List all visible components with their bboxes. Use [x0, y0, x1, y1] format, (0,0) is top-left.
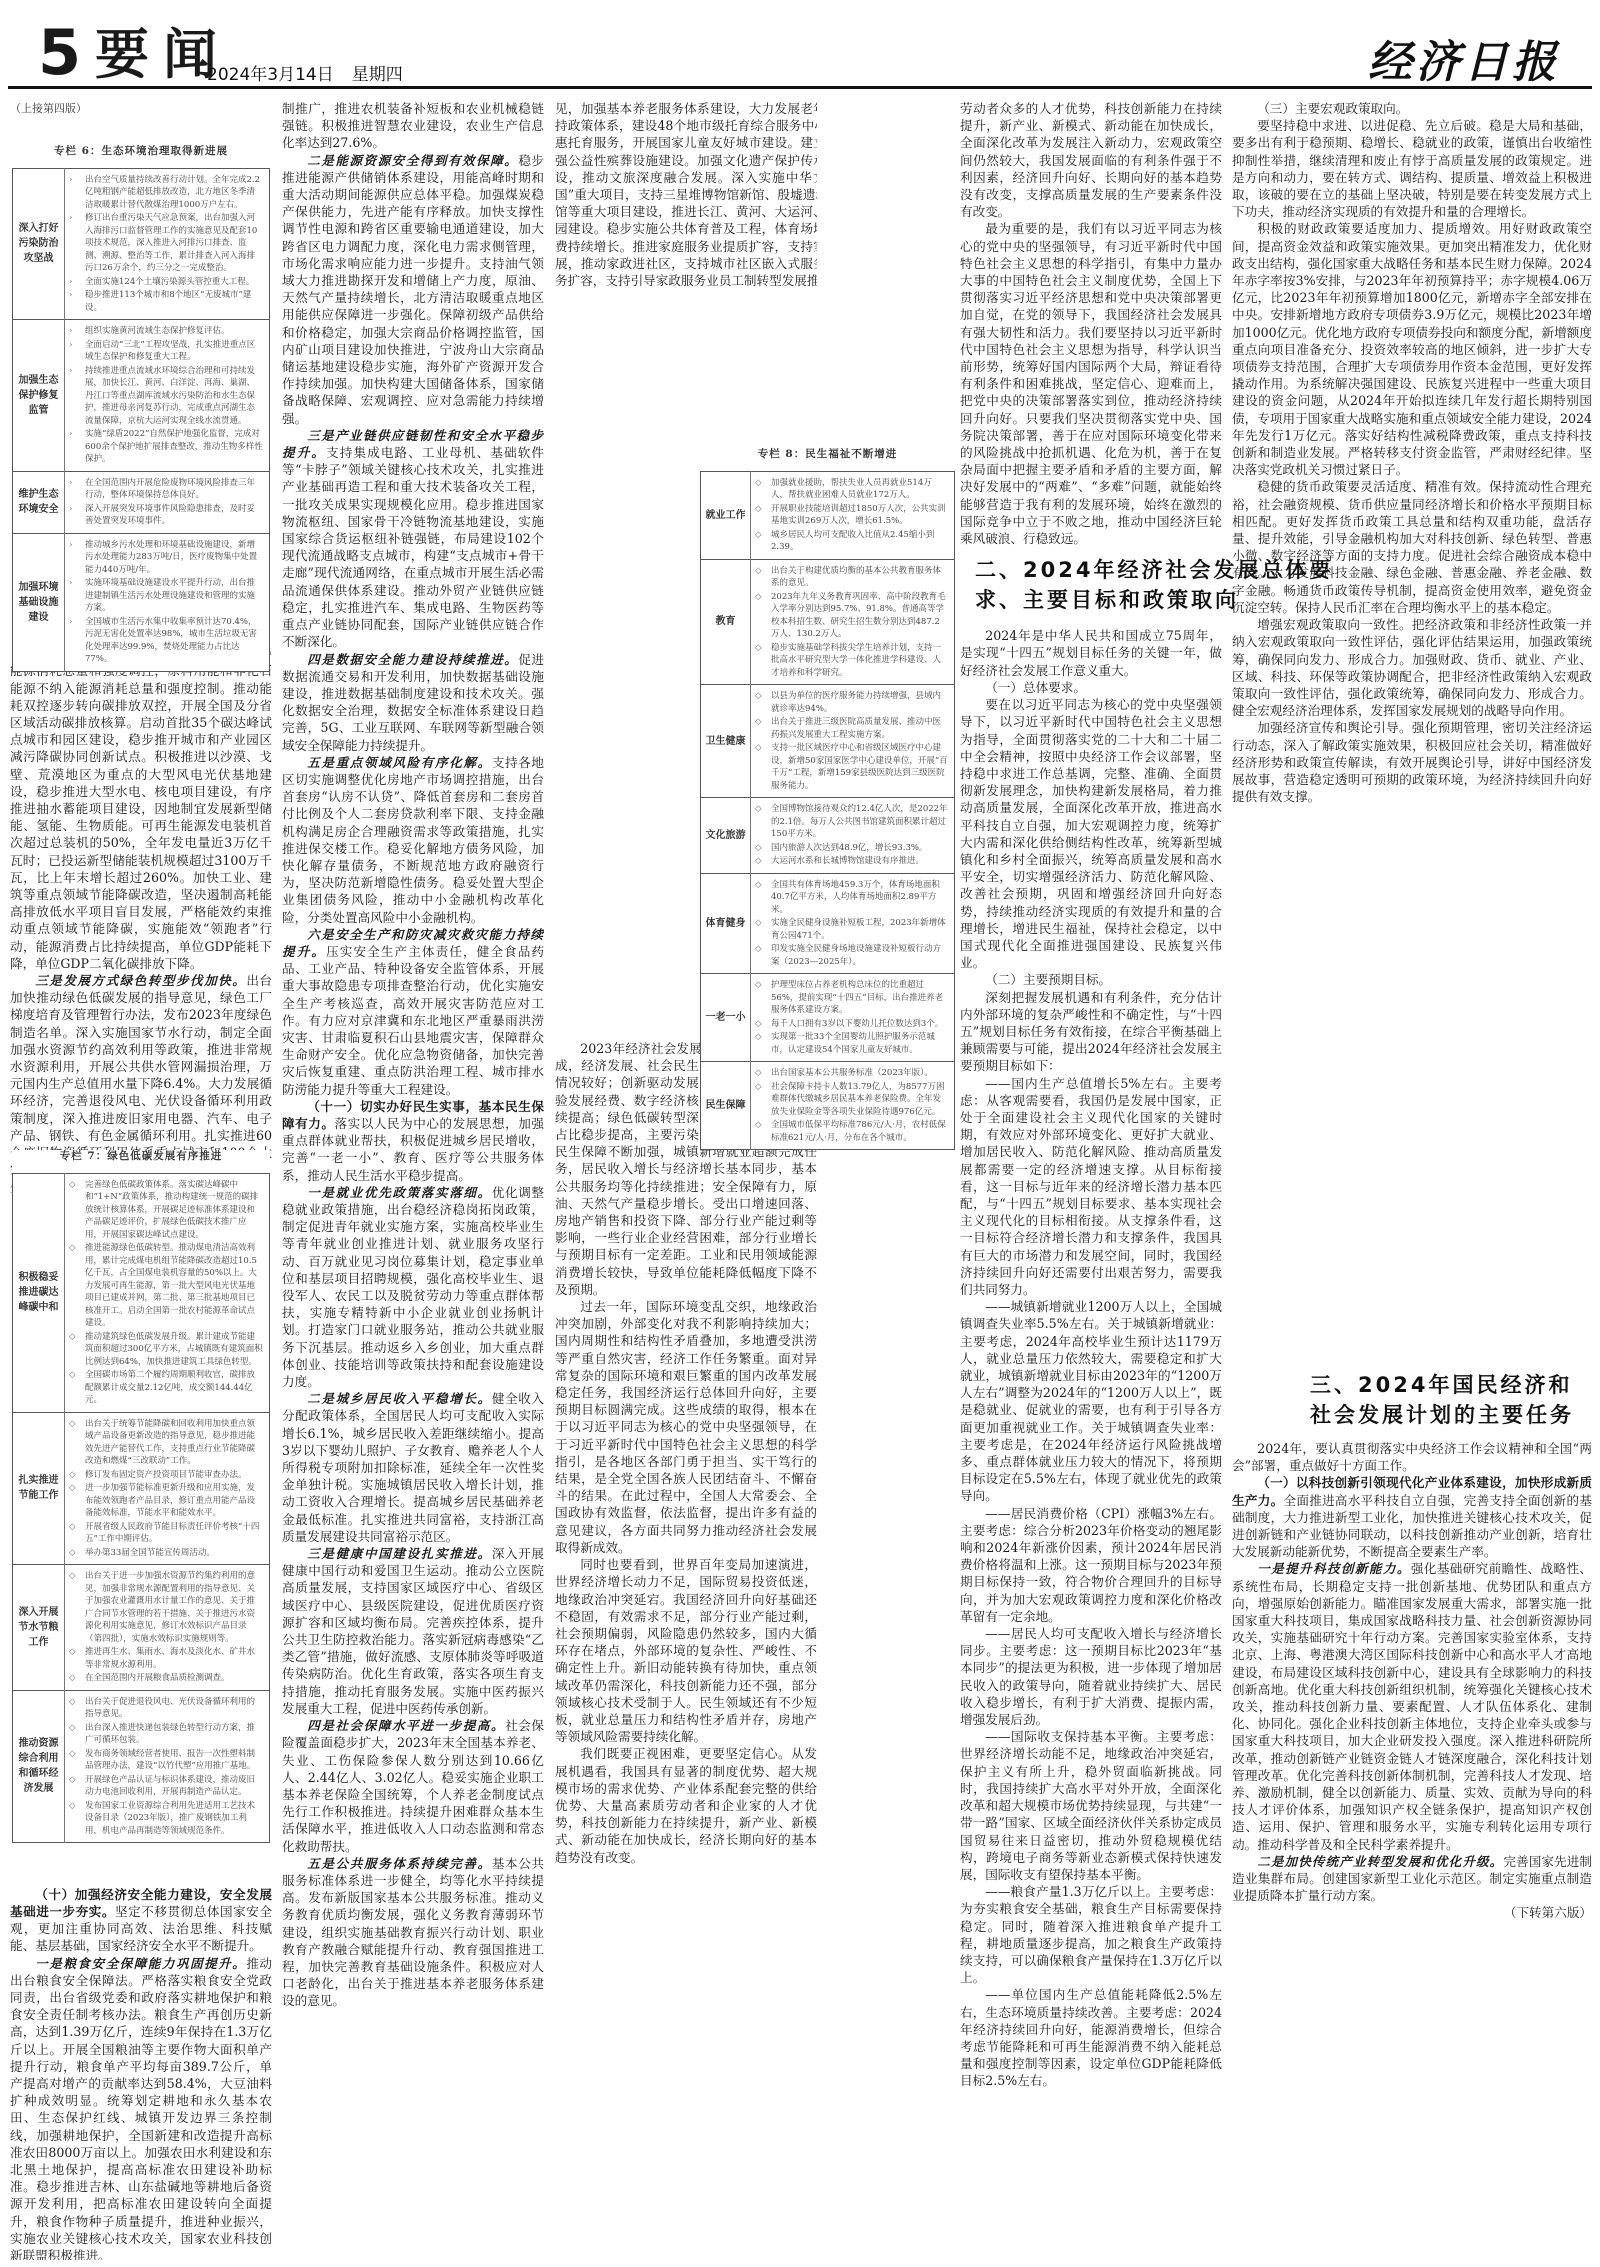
item-text: 组织实施黄河流域生态保护修复评估。	[85, 325, 230, 338]
list-item: ◇印发实施全民健身场地设施建设补短板行动方案（2023—2025年）。	[755, 943, 948, 968]
bullet-icon: ◇	[755, 917, 765, 942]
list-item: ◇大运河水系和长城博物馆建设有序推进。	[755, 855, 948, 868]
item-text: 加强就业援助，帮扶失业人员再就业514万人，帮扶就业困难人员就业172万人。	[771, 477, 948, 502]
bullet-icon: ◇	[755, 979, 765, 1017]
item-text: 全国博物馆接待观众约12.4亿人次，是2022年的2.1倍。每万人公共图书馆建筑…	[771, 803, 948, 841]
item-text: 发布国家工业资源综合利用先进适用工艺技术设备目录（2023年版），推广废钢铁加工…	[85, 1800, 263, 1838]
bullet-icon: ◇	[755, 1018, 765, 1031]
table-row: 教育 ◇出台关于构建优质均衡的基本公共教育服务体系的意见。 ◇2023年九年义务…	[701, 559, 955, 685]
header-divider	[8, 86, 1592, 89]
paragraph-lead: 四是数据安全能力建设持续推进。	[307, 652, 518, 667]
list-item: ◇推进再生水、集雨水、海水及淡化水、矿井水等非常规水源利用。	[69, 1646, 263, 1671]
item-text: 出台关于进一步加强水资源节约集约利用的意见，加强非常规水源配置利用的指导意见、关…	[85, 1570, 263, 1645]
item-text: 修订发布固定资产投资项目节能审查办法。	[85, 1469, 247, 1482]
row-items: ›推动城乡污水处理和环境基础设施建设，新增污水处理能力283万吨/日，医疗废物集…	[65, 533, 270, 671]
list-item: ◇稳步实施基础学科拔尖学生培养计划，支持一批高水平研究型大学一体化推进学科建设、…	[755, 642, 948, 680]
paragraph: 稳健的货币政策要灵活适度、精准有效。保持流动性合理充裕，社会融资规模、货币供应量…	[1232, 478, 1592, 616]
row-items: ◇护理型床位占养老机构总床位的比重超过56%，提前实现“十四五”目标，出台推进养…	[751, 974, 955, 1062]
row-category: 深入打好污染防治攻坚战	[13, 168, 65, 320]
subheading-targets: （二）主要预期目标。	[960, 971, 1222, 988]
paragraph-lead: 五是公共服务体系持续完善。	[307, 1856, 492, 1871]
paragraph: 要在以习近平同志为核心的党中央坚强领导下，以习近平新时代中国特色社会主义思想为指…	[960, 696, 1222, 971]
row-category: 民生保障	[701, 1062, 751, 1150]
row-category: 积极稳妥推进碳达峰碳中和	[13, 1173, 65, 1412]
paragraph: 二是碳达峰碳中和积极稳妥推进。完善能源消耗总量和强度调控，原料用能和非化石能源不…	[10, 645, 272, 972]
table-row: 一老一小 ◇护理型床位占养老机构总床位的比重超过56%，提前实现“十四五”目标，…	[701, 974, 955, 1062]
continued-from-note: （上接第四版）	[10, 100, 272, 117]
bullet-icon: ◇	[755, 1031, 765, 1056]
bullet-icon: ◇	[69, 1800, 79, 1838]
paragraph: 2024年，要认真贯彻落实中央经济工作会议精神和全国“两会”部署，重点做好十方面…	[1232, 1440, 1592, 1474]
item-text: 在全国范围内开展危险废物环境风险排查三年行动，整体环境保持总体良好。	[85, 477, 263, 502]
issue-date: 2024年3月14日星期四	[207, 60, 403, 85]
item-text: 以县为单位的医疗服务能力持续增强，县域内就诊率达94%。	[771, 690, 948, 715]
table-row: 扎实推进节能工作 ◇出台关于统筹节能降碳和回收利用加快重点领域产品设备更新改造的…	[13, 1412, 270, 1565]
item-text: 全国共有体育场地459.3万个，体育场地面积40.7亿平方米，人均体育场地面积2…	[771, 879, 948, 917]
row-category: 加强生态保护修复监管	[13, 320, 65, 472]
bullet-icon: ◇	[69, 1748, 79, 1773]
paragraph: 一是就业优先政策落实落细。优化调整稳就业政策措施，出台稳经济稳岗拓岗政策，制定促…	[282, 1184, 544, 1390]
bullet-icon: ◇	[755, 716, 765, 741]
row-items: ◇出台关于构建优质均衡的基本公共教育服务体系的意见。 ◇2023年九年义务教育巩…	[751, 559, 955, 685]
list-item: ◇支持一批区域医疗中心和省级区域医疗中心建设，新增50家国家医学中心建设单位，开…	[755, 742, 948, 792]
table-row: 卫生健康 ◇以县为单位的医疗服务能力持续增强，县域内就诊率达94%。 ◇出台关于…	[701, 685, 955, 798]
paragraph-lead: 一是粮食安全保障能力巩固提升。	[35, 1956, 246, 1971]
bullet-icon: ◇	[755, 529, 765, 554]
paragraph: 积极的财政政策要适度加力、提质增效。用好财政政策空间，提高资金效益和政策实施效果…	[1232, 220, 1592, 478]
list-item: ›全国城市生活污水集中收集率预计达70.4%，污泥无害化处置率达98%，城市生活…	[69, 616, 263, 666]
bullet-icon: ›	[69, 477, 79, 502]
row-items: ◇完善绿色低碳政策体系。落实碳达峰碳中和“1+N”政策体系，推动构建统一规范的碳…	[65, 1173, 270, 1412]
list-item: ◇推进能源绿色低碳转型。推动煤电清洁高效利用，累计完成煤电机组节能降碳改造超过1…	[69, 1242, 263, 1330]
list-item: ◇进一步加强节能标准更新升级和应用实施，发布能效领跑者产品目录，修订重点用能产品…	[69, 1482, 263, 1520]
table-row: 就业工作 ◇加强就业援助，帮扶失业人员再就业514万人，帮扶就业困难人员就业17…	[701, 471, 955, 559]
row-category: 推动资源综合利用和循环经济发展	[13, 1690, 65, 1843]
list-item: ◇以县为单位的医疗服务能力持续增强，县域内就诊率达94%。	[755, 690, 948, 715]
paragraph-body: 支持各地区切实施调整优化房地产市场调控措施，出台首套房“认房不认贷”、降低首套房…	[282, 755, 544, 925]
paragraph: （一）以科技创新引领现代化产业体系建设，加快形成新质生产力。全面推进高水平科技自…	[1232, 1474, 1592, 1560]
item-text: 护理型床位占养老机构总床位的比重超过56%，提前实现“十四五”目标，出台推进养老…	[771, 979, 948, 1017]
list-item: ◇实现第一批33个全国婴幼儿照护服务示范城市，认定建设54个国家儿童友好城市。	[755, 1031, 948, 1056]
paragraph: ——国际收支保持基本平衡。主要考虑：世界经济增长动能不足，地缘政治冲突延宕，保护…	[960, 1728, 1222, 1883]
bullet-icon: ›	[69, 212, 79, 275]
table-row: 推动资源综合利用和循环经济发展 ◇出台关于促进退役风电、光伏设备循环利用的指导意…	[13, 1690, 270, 1843]
table-row: 加强生态保护修复监管 ›组织实施黄河流域生态保护修复评估。 ›全面启动“三北”工…	[13, 320, 270, 472]
paragraph: 要坚持稳中求进、以进促稳、先立后破。稳是大局和基础，要多出有利于稳预期、稳增长、…	[1232, 117, 1592, 220]
item-text: 全面实施124个土壤污染源头管控重大工程。	[85, 276, 254, 289]
row-items: ◇全国共有体育场地459.3万个，体育场地面积40.7亿平方米，人均体育场地面积…	[751, 873, 955, 974]
item-text: 发布商务领域经营者使用、报告一次性塑料制品管理办法，建设“以竹代塑”应用推广基地…	[85, 1748, 263, 1773]
list-item: ›出台空气质量持续改善行动计划。全年完成2.2亿吨粗钢产能超低排放改造，北方地区…	[69, 174, 263, 212]
paragraph-lead: 五是重点领域风险有序化解。	[307, 755, 492, 770]
item-text: 开展绿色产品认证与标识体系建设，推动废旧动力电池回收利用，开展再制造产品认定。	[85, 1774, 263, 1799]
bullet-icon: ◇	[755, 879, 765, 917]
row-items: ◇出台国家基本公共服务标准（2023年版）。 ◇社会保障卡持卡人数13.79亿人…	[751, 1062, 955, 1150]
box-title: 专栏 6：生态环境治理取得新进展	[12, 145, 270, 158]
column-4: 劳动者众多的人才优势，科技创新能力在持续提升，新产业、新模式、新动能在加快成长，…	[960, 100, 1222, 2260]
paragraph: 最为重要的是，我们有以习近平同志为核心的党中央的坚强领导，有习近平新时代中国特色…	[960, 220, 1222, 547]
table-row: 深入开展节水节粮工作 ◇出台关于进一步加强水资源节约集约利用的意见，加强非常规水…	[13, 1565, 270, 1691]
item-text: 出台关于统筹节能降碳和回收利用加快重点领域产品设备更新改造的指导意见，稳步推进能…	[85, 1418, 263, 1468]
sidebar-box-6: 专栏 6：生态环境治理取得新进展 深入打好污染防治攻坚战 ›出台空气质量持续改善…	[12, 145, 270, 672]
bullet-icon: ◇	[69, 1672, 79, 1685]
row-items: ◇加强就业援助，帮扶失业人员再就业514万人，帮扶就业困难人员就业172万人。 …	[751, 471, 955, 559]
paragraph-lead: 三是健康中国建设扎实推进。	[307, 1546, 492, 1561]
list-item: ›稳步推进113个城市和8个地区“无废城市”建设。	[69, 289, 263, 314]
row-category: 扎实推进节能工作	[13, 1412, 65, 1565]
item-text: 出台关于促进退役风电、光伏设备循环利用的指导意见。	[85, 1696, 263, 1721]
paragraph-body: 支持集成电路、工业母机、基础软件等“卡脖子”领域关键核心技术攻关，扎实推进产业基…	[282, 445, 544, 649]
bullet-icon: ◇	[755, 477, 765, 502]
paragraph: ——国内生产总值增长5%左右。主要考虑：从客观需要看，我国仍是发展中国家，正处于…	[960, 1075, 1222, 1299]
table-row: 民生保障 ◇出台国家基本公共服务标准（2023年版）。 ◇社会保障卡持卡人数13…	[701, 1062, 955, 1150]
paragraph-body: 强化基础研究前瞻性、战略性、系统性布局，长期稳定支持一批创新基地、优势团队和重点…	[1232, 1561, 1592, 1851]
item-text: 出台空气质量持续改善行动计划。全年完成2.2亿吨粗钢产能超低排放改造，北方地区冬…	[85, 174, 263, 212]
item-text: 全面启动“三北”工程攻坚战，扎实推进重点区域生态保护和修复重大工程。	[85, 339, 263, 364]
bullet-icon: ◇	[755, 642, 765, 680]
item-text: 支持一批区域医疗中心和省级区域医疗中心建设，新增50家国家医学中心建设单位，开展…	[771, 742, 948, 792]
item-text: 印发实施全民健身场地设施建设补短板行动方案（2023—2025年）。	[771, 943, 948, 968]
paragraph: 2024年是中华人民共和国成立75周年，是实现“十四五”规划目标任务的关键一年，…	[960, 627, 1222, 679]
bullet-icon: ◇	[69, 1418, 79, 1468]
item-text: 出台关于推进三级医院高质量发展、推动中医药振兴发展重大工程实施方案。	[771, 716, 948, 741]
bullet-icon: ◇	[755, 803, 765, 841]
row-category: 维护生态环境安全	[13, 471, 65, 533]
paragraph-body: 全面推进高水平科技自立自强，完善支持全面创新的基础制度，大力推进新型工业化，加快…	[1232, 1493, 1592, 1560]
bullet-icon: ◇	[755, 591, 765, 641]
item-text: 出台国家基本公共服务标准（2023年版）。	[771, 1067, 933, 1080]
table-row: 加强环境基础设施建设 ›推动城乡污水处理和环境基础设施建设，新增污水处理能力28…	[13, 533, 270, 671]
paragraph-body: 优化调整稳就业政策措施，出台稳经济稳岗拓岗政策，制定促进青年就业实施方案，实施高…	[282, 1185, 544, 1389]
bullet-icon: ◇	[69, 1242, 79, 1330]
item-text: 大运河水系和长城博物馆建设有序推进。	[771, 855, 924, 868]
bullet-icon: ◇	[755, 1081, 765, 1119]
bullet-icon: ◇	[755, 742, 765, 792]
list-item: ◇全国城市低保平均标准786元/人·月，农村低保标准621元/人·月，分布在各个…	[755, 1119, 948, 1144]
paragraph-lead: 一是提升科技创新能力。	[1257, 1561, 1411, 1576]
paragraph: 一是提升科技创新能力。强化基础研究前瞻性、战略性、系统性布局，长期稳定支持一批创…	[1232, 1560, 1592, 1852]
item-text: 推进再生水、集雨水、海水及淡化水、矿井水等非常规水源利用。	[85, 1646, 263, 1671]
list-item: ◇出台关于构建优质均衡的基本公共教育服务体系的意见。	[755, 565, 948, 590]
bullet-icon: ›	[69, 616, 79, 666]
item-text: 实施环境基础设施建设水平提升行动，出台推进建制镇生活污水处理设施建设和管理的实施…	[85, 577, 263, 615]
section-heading-3: 三、2024年国民经济和社会发展计划的主要任务	[1310, 1370, 1592, 1430]
list-item: ◇出台国家基本公共服务标准（2023年版）。	[755, 1067, 948, 1080]
list-item: ›实施环境基础设施建设水平提升行动，出台推进建制镇生活污水处理设施建设和管理的实…	[69, 577, 263, 615]
newspaper-logo: 经济日报	[1368, 26, 1560, 90]
list-item: ›修订出台重污染天气应急预案，出台加强入河入海排污口监督管理工作的实施意见及配套…	[69, 212, 263, 275]
box-table: 就业工作 ◇加强就业援助，帮扶失业人员再就业514万人，帮扶就业困难人员就业17…	[700, 471, 955, 1151]
subheading-overall: （一）总体要求。	[960, 679, 1222, 696]
list-item: ›推动城乡污水处理和环境基础设施建设，新增污水处理能力283万吨/日，医疗废物集…	[69, 539, 263, 577]
column-2: 制推广，推进农机装备补短板和农业机械稳链强链。积极推进智慧农业建设，农业生产信息…	[282, 100, 544, 2260]
paragraph: 五是重点领域风险有序化解。支持各地区切实施调整优化房地产市场调控措施，出台首套房…	[282, 754, 544, 926]
paragraph: ——居民消费价格（CPI）涨幅3%左右。主要考虑：综合分析2023年价格变动的翘…	[960, 1505, 1222, 1625]
box-title: 专栏 8：民生福祉不断增进	[700, 448, 955, 461]
paragraph-body: 基本公共服务标准体系进一步健全，均等化水平持续提高。发布新版国家基本公共服务标准…	[282, 1856, 544, 2009]
paragraph: （十一）切实办好民生实事，基本民生保障有力。落实以人民为中心的发展思想，加强重点…	[282, 1098, 544, 1184]
paragraph: 加强经济宣传和舆论引导。强化预期管理，密切关注经济运行动态，深入了解政策实施效果…	[1232, 719, 1592, 805]
bullet-icon: ›	[69, 174, 79, 212]
row-category: 教育	[701, 559, 751, 685]
bullet-icon: ›	[69, 276, 79, 289]
list-item: ◇实施全民健身设施补短板工程，2023年新增体育公园471个。	[755, 917, 948, 942]
row-category: 卫生健康	[701, 685, 751, 798]
table-row: 文化旅游 ◇全国博物馆接待观众约12.4亿人次，是2022年的2.1倍。每万人公…	[701, 798, 955, 874]
item-text: 社会保障卡持卡人数13.79亿人，为8577万困难群体代缴城乡居民基本养老保险费…	[771, 1081, 948, 1119]
paragraph: 三是产业链供应链韧性和安全水平稳步提升。支持集成电路、工业母机、基础软件等“卡脖…	[282, 427, 544, 651]
paragraph-body: 健全收入分配政策体系，全国居民人均可支配收入实际增长6.1%，城乡居民收入差距继…	[282, 1391, 544, 1544]
bullet-icon: ◇	[755, 503, 765, 528]
list-item: ◇开展省级人民政府节能目标责任评价考核“十四五”工作中期评估。	[69, 1521, 263, 1546]
list-item: ◇2023年九年义务教育巩固率、高中阶段教育毛入学率分别达到95.7%、91.8…	[755, 591, 948, 641]
paragraph-lead: 二是加快传统产业转型发展和优化升级。	[1257, 1854, 1503, 1869]
item-text: 2023年九年义务教育巩固率、高中阶段教育毛入学率分别达到95.7%、91.8%…	[771, 591, 948, 641]
paragraph: 深刻把握发展机遇和有利条件，充分估计内外部环境的复杂严峻性和不确定性，与“十四五…	[960, 989, 1222, 1075]
table-row: 体育健身 ◇全国共有体育场地459.3万个，体育场地面积40.7亿平方米，人均体…	[701, 873, 955, 974]
bullet-icon: ◇	[69, 1331, 79, 1369]
item-text: 国内旅游人次达到48.9亿，增长93.3%。	[771, 842, 927, 855]
item-text: 稳步实施基础学科拔尖学生培养计划，支持一批高水平研究型大学一体化推进学科建设、人…	[771, 642, 948, 680]
item-text: 深入开展突发环境事件风险隐患排查，及时妥善处置突发环境事件。	[85, 503, 263, 528]
paragraph: 制推广，推进农机装备补短板和农业机械稳链强链。积极推进智慧农业建设，农业生产信息…	[282, 100, 544, 152]
bullet-icon: ◇	[69, 1696, 79, 1721]
paragraph: 二是能源资源安全得到有效保障。稳步推进能源产供储销体系建设，用能高峰时期和重大活…	[282, 152, 544, 427]
paragraph: ——粮食产量1.3万亿斤以上。主要考虑：为夯实粮食安全基础，粮食生产目标需要保持…	[960, 1883, 1222, 1986]
sidebar-box-7: 专栏 7：绿色低碳发展有序推进 积极稳妥推进碳达峰碳中和 ◇完善绿色低碳政策体系…	[12, 1150, 270, 1843]
continued-to-note: （下转第六版）	[1232, 1904, 1592, 1921]
item-text: 全国城市低保平均标准786元/人·月，农村低保标准621元/人·月，分布在各个城…	[771, 1119, 948, 1144]
row-category: 深入开展节水节粮工作	[13, 1565, 65, 1691]
bullet-icon: ◇	[755, 842, 765, 855]
sidebar-box-8: 专栏 8：民生福祉不断增进 就业工作 ◇加强就业援助，帮扶失业人员再就业514万…	[700, 448, 955, 1150]
masthead: 5 要闻 2024年3月14日星期四 经济日报	[0, 0, 1600, 88]
page-number: 5	[38, 22, 81, 84]
paragraph: 二是城乡居民收入平稳增长。健全收入分配政策体系，全国居民人均可支配收入实际增长6…	[282, 1390, 544, 1545]
bullet-icon: ◇	[69, 1570, 79, 1645]
item-text: 在全国范围内开展粮食品质检测调查。	[85, 1672, 230, 1685]
bullet-icon: ◇	[69, 1482, 79, 1520]
bullet-icon: ◇	[69, 1369, 79, 1407]
item-text: 全国碳市场第二个履约周期顺利收官，碳排放配额累计成交量2.12亿吨，成交额144…	[85, 1369, 263, 1407]
column-3-lower: 2023年经济社会发展主要预期目标圆满完成，经济发展、社会民生等主要预期目标完成…	[555, 1040, 817, 2260]
list-item: ›在全国范围内开展危险废物环境风险排查三年行动，整体环境保持总体良好。	[69, 477, 263, 502]
column-6: 2024年，要认真贯彻落实中央经济工作会议精神和全国“两会”部署，重点做好十方面…	[1232, 1440, 1592, 2260]
subheading-macro: （三）主要宏观政策取向。	[1232, 100, 1592, 117]
paragraph-lead: 三是发展方式绿色转型步伐加快。	[35, 973, 246, 988]
list-item: ◇开展职业技能培训超过1850万人次，公共实训基地实训269万人次，增长61.5…	[755, 503, 948, 528]
list-item: ›全面启动“三北”工程攻坚战，扎实推进重点区域生态保护和修复重大工程。	[69, 339, 263, 364]
row-category: 加强环境基础设施建设	[13, 533, 65, 671]
paragraph: 我们既要正视困难，更要坚定信心。从发展机遇看，我国具有显著的制度优势、超大规模市…	[555, 1745, 817, 1865]
box-table: 深入打好污染防治攻坚战 ›出台空气质量持续改善行动计划。全年完成2.2亿吨粗钢产…	[12, 168, 270, 672]
list-item: ◇发布国家工业资源综合利用先进适用工艺技术设备目录（2023年版），推广废钢铁加…	[69, 1800, 263, 1838]
list-item: ◇全国博物馆接待观众约12.4亿人次，是2022年的2.1倍。每万人公共图书馆建…	[755, 803, 948, 841]
paragraph: 增强宏观政策取向一致性。把经济政策和非经济性政策一并纳入宏观政策取向一致性评估，…	[1232, 616, 1592, 719]
list-item: ›持续推进重点流域水环境综合治理和可持续发展，加快长江、黄河、白洋淀、洱海、巢湖…	[69, 365, 263, 428]
list-item: ›实施“绿盾2022”自然保护地强化监督，完成对600余个保护地扩展排查整改，推…	[69, 428, 263, 466]
list-item: ◇出台关于促进退役风电、光伏设备循环利用的指导意见。	[69, 1696, 263, 1721]
item-text: 开展省级人民政府节能目标责任评价考核“十四五”工作中期评估。	[85, 1521, 263, 1546]
item-text: 举办第33届全国节能宣传周活动。	[85, 1547, 215, 1560]
paragraph: 同时也要看到，世界百年变局加速演进，世界经济增长动力不足，国际贸易投资低迷，地缘…	[555, 1556, 817, 1745]
paragraph-body: 压实安全生产主体责任，健全食品药品、工业产品、特种设备安全监管体系，开展重大事故…	[282, 944, 544, 1097]
paragraph: 三是健康中国建设扎实推进。深入开展健康中国行动和爱国卫生运动。推动公立医院高质量…	[282, 1545, 544, 1717]
list-item: ›深入开展突发环境事件风险隐患排查，及时妥善处置突发环境事件。	[69, 503, 263, 528]
paragraph: 过去一年，国际环境变乱交织，地缘政治冲突加剧，外部变化对我不利影响持续加大；国内…	[555, 1298, 817, 1556]
item-text: 持续推进重点流域水环境综合治理和可持续发展，加快长江、黄河、白洋淀、洱海、巢湖、…	[85, 365, 263, 428]
list-item: ◇出台关于统筹节能降碳和回收利用加快重点领域产品设备更新改造的指导意见，稳步推进…	[69, 1418, 263, 1468]
paragraph-body: 社会保险覆盖面稳步扩大，2023年末全国基本养老、失业、工伤保险参保人数分别达到…	[282, 1718, 544, 1853]
table-row: 积极稳妥推进碳达峰碳中和 ◇完善绿色低碳政策体系。落实碳达峰碳中和“1+N”政策…	[13, 1173, 270, 1412]
paragraph: 四是数据安全能力建设持续推进。促进数据流通交易和开发利用，加快数据基础设施建设，…	[282, 651, 544, 754]
paragraph: 一是粮食安全保障能力巩固提升。推动出台粮食安全保障法。严格落实粮食安全党政同责，…	[10, 1955, 272, 2260]
item-text: 稳步推进113个城市和8个地区“无废城市”建设。	[85, 289, 263, 314]
row-items: ◇出台关于促进退役风电、光伏设备循环利用的指导意见。 ◇出台深入推进快递包装绿色…	[65, 1690, 270, 1843]
list-item: ◇完善绿色低碳政策体系。落实碳达峰碳中和“1+N”政策体系，推动构建统一规范的碳…	[69, 1179, 263, 1242]
paragraph: ——单位国内生产总值能耗降低2.5%左右，生态环境质量持续改善。主要考虑：202…	[960, 1986, 1222, 2089]
item-text: 出台深入推进快递包装绿色转型行动方案，推广可循环包装。	[85, 1722, 263, 1747]
item-text: 推动建筑绿色低碳发展升级。累计建成节能建筑面积超过300亿平方米，占城镇既有建筑…	[85, 1331, 263, 1369]
list-item: ◇举办第33届全国节能宣传周活动。	[69, 1547, 263, 1560]
bullet-icon: ◇	[69, 1774, 79, 1799]
list-item: ›全面实施124个土壤污染源头管控重大工程。	[69, 276, 263, 289]
bullet-icon: ◇	[69, 1469, 79, 1482]
row-items: ›在全国范围内开展危险废物环境风险排查三年行动，整体环境保持总体良好。 ›深入开…	[65, 471, 270, 533]
box-table: 积极稳妥推进碳达峰碳中和 ◇完善绿色低碳政策体系。落实碳达峰碳中和“1+N”政策…	[12, 1173, 270, 1844]
bullet-icon: ›	[69, 289, 79, 314]
list-item: ◇每千人口拥有3岁以下婴幼儿托位数达到3个。	[755, 1018, 948, 1031]
paragraph-body: 深入开展健康中国行动和爱国卫生运动。推动公立医院高质量发展，支持国家区域医疗中心…	[282, 1546, 544, 1716]
item-text: 出台关于构建优质均衡的基本公共教育服务体系的意见。	[771, 565, 948, 590]
paragraph-lead: 四是社会保障水平进一步提高。	[307, 1718, 505, 1733]
paragraph-body: 稳步推进能源产供储销体系建设，用能高峰时期和重大活动期间能源供应总体平稳。加强煤…	[282, 153, 544, 426]
paragraph: 见，加强基本养老服务体系建设，大力发展老年助餐服务。健全生育支持政策体系，建设4…	[555, 100, 817, 289]
row-category: 一老一小	[701, 974, 751, 1062]
bullet-icon: ›	[69, 339, 79, 364]
row-items: ◇全国博物馆接待观众约12.4亿人次，是2022年的2.1倍。每万人公共图书馆建…	[751, 798, 955, 874]
column-5: （三）主要宏观政策取向。 要坚持稳中求进、以进促稳、先立后破。稳是大局和基础，要…	[1232, 100, 1592, 1365]
item-text: 进一步加强节能标准更新升级和应用实施，发布能效领跑者产品目录，修订重点用能产品设…	[85, 1482, 263, 1520]
bullet-icon: ◇	[755, 943, 765, 968]
item-text: 实施全民健身设施补短板工程，2023年新增体育公园471个。	[771, 917, 948, 942]
list-item: ◇发布商务领域经营者使用、报告一次性塑料制品管理办法，建设“以竹代塑”应用推广基…	[69, 1748, 263, 1773]
list-item: ◇全国共有体育场地459.3万个，体育场地面积40.7亿平方米，人均体育场地面积…	[755, 879, 948, 917]
date-text: 2024年3月14日	[207, 65, 334, 85]
list-item: ◇出台关于推进三级医院高质量发展、推动中医药振兴发展重大工程实施方案。	[755, 716, 948, 741]
paragraph-lead: 二是城乡居民收入平稳增长。	[307, 1391, 492, 1406]
row-items: ◇以县为单位的医疗服务能力持续增强，县域内就诊率达94%。 ◇出台关于推进三级医…	[751, 685, 955, 798]
item-text: 推进能源绿色低碳转型。推动煤电清洁高效利用，累计完成煤电机组节能降碳改造超过10…	[85, 1242, 263, 1330]
row-category: 体育健身	[701, 873, 751, 974]
bullet-icon: ◇	[69, 1179, 79, 1242]
list-item: ◇国内旅游人次达到48.9亿，增长93.3%。	[755, 842, 948, 855]
paragraph: 四是社会保障水平进一步提高。社会保险覆盖面稳步扩大，2023年末全国基本养老、失…	[282, 1717, 544, 1855]
bullet-icon: ◇	[69, 1646, 79, 1671]
paragraph: （十）加强经济安全能力建设，安全发展基础进一步夯实。坚定不移贯彻总体国家安全观，…	[10, 1886, 272, 1955]
paragraph: ——居民人均可支配收入增长与经济增长同步。主要考虑：这一预期目标比2023年“基…	[960, 1625, 1222, 1728]
bullet-icon: ◇	[69, 1722, 79, 1747]
list-item: ◇在全国范围内开展粮食品质检测调查。	[69, 1672, 263, 1685]
weekday-text: 星期四	[352, 65, 403, 85]
row-items: ◇出台关于统筹节能降碳和回收利用加快重点领域产品设备更新改造的指导意见，稳步推进…	[65, 1412, 270, 1565]
list-item: ◇护理型床位占养老机构总床位的比重超过56%，提前实现“十四五”目标，出台推进养…	[755, 979, 948, 1017]
bullet-icon: ›	[69, 365, 79, 428]
item-text: 完善绿色低碳政策体系。落实碳达峰碳中和“1+N”政策体系，推动构建统一规范的碳排…	[85, 1179, 263, 1242]
paragraph: 五是公共服务体系持续完善。基本公共服务标准体系进一步健全，均等化水平持续提高。发…	[282, 1855, 544, 2010]
paragraph-lead: 二是能源资源安全得到有效保障。	[307, 153, 518, 168]
item-text: 全国城市生活污水集中收集率预计达70.4%，污泥无害化处置率达98%，城市生活垃…	[85, 616, 263, 666]
paragraph: ——城镇新增就业1200万人以上，全国城镇调查失业率5.5%左右。关于城镇新增就…	[960, 1298, 1222, 1504]
bullet-icon: ›	[69, 428, 79, 466]
bullet-icon: ◇	[755, 690, 765, 715]
bullet-icon: ›	[69, 539, 79, 577]
item-text: 修订出台重污染天气应急预案，出台加强入河入海排污口监督管理工作的实施意见及配套1…	[85, 212, 263, 275]
row-items: ◇出台关于进一步加强水资源节约集约利用的意见，加强非常规水源配置利用的指导意见、…	[65, 1565, 270, 1691]
list-item: ◇出台关于进一步加强水资源节约集约利用的意见，加强非常规水源配置利用的指导意见、…	[69, 1570, 263, 1645]
bullet-icon: ◇	[755, 855, 765, 868]
row-category: 就业工作	[701, 471, 751, 559]
table-row: 维护生态环境安全 ›在全国范围内开展危险废物环境风险排查三年行动，整体环境保持总…	[13, 471, 270, 533]
list-item: ◇全国碳市场第二个履约周期顺利收官，碳排放配额累计成交量2.12亿吨，成交额14…	[69, 1369, 263, 1407]
list-item: ◇出台深入推进快递包装绿色转型行动方案，推广可循环包装。	[69, 1722, 263, 1747]
bullet-icon: ◇	[755, 1119, 765, 1144]
bullet-icon: ›	[69, 577, 79, 615]
paragraph-body: 推动出台粮食安全保障法。严格落实粮食安全党政同责，出台省级党委和政府落实耕地保护…	[10, 1956, 272, 2260]
table-row: 深入打好污染防治攻坚战 ›出台空气质量持续改善行动计划。全年完成2.2亿吨粗钢产…	[13, 168, 270, 320]
paragraph: 六是安全生产和防灾减灾救灾能力持续提升。压实安全生产主体责任，健全食品药品、工业…	[282, 926, 544, 1098]
box-title: 专栏 7：绿色低碳发展有序推进	[12, 1150, 270, 1163]
paragraph: 劳动者众多的人才优势，科技创新能力在持续提升，新产业、新模式、新动能在加快成长，…	[960, 100, 1222, 220]
bullet-icon: ◇	[755, 1067, 765, 1080]
list-item: ◇修订发布固定资产投资项目节能审查办法。	[69, 1469, 263, 1482]
list-item: ›组织实施黄河流域生态保护修复评估。	[69, 325, 263, 338]
item-text: 城乡居民人均可支配收入比值从2.45缩小到2.39。	[771, 529, 948, 554]
list-item: ◇城乡居民人均可支配收入比值从2.45缩小到2.39。	[755, 529, 948, 554]
paragraph-body: 完善能源消耗总量和强度调控，原料用能和非化石能源不纳入能源消耗总量和强度控制。推…	[10, 646, 272, 971]
item-text: 开展职业技能培训超过1850万人次，公共实训基地实训269万人次，增长61.5%…	[771, 503, 948, 528]
paragraph: 二是加快传统产业转型发展和优化升级。完善国家先进制造业集群布局。创建国家新型工业…	[1232, 1853, 1592, 1905]
paragraph-lead: 一是就业优先政策落实落细。	[307, 1185, 492, 1200]
row-items: ›组织实施黄河流域生态保护修复评估。 ›全面启动“三北”工程攻坚战，扎实推进重点…	[65, 320, 270, 472]
bullet-icon: ›	[69, 503, 79, 528]
list-item: ◇开展绿色产品认证与标识体系建设，推动废旧动力电池回收利用，开展再制造产品认定。	[69, 1774, 263, 1799]
bullet-icon: ◇	[69, 1521, 79, 1546]
bullet-icon: ›	[69, 325, 79, 338]
list-item: ◇推动建筑绿色低碳发展升级。累计建成节能建筑面积超过300亿平方米，占城镇既有建…	[69, 1331, 263, 1369]
row-category: 文化旅游	[701, 798, 751, 874]
item-text: 每千人口拥有3岁以下婴幼儿托位数达到3个。	[771, 1018, 943, 1031]
item-text: 实现第一批33个全国婴幼儿照护服务示范城市，认定建设54个国家儿童友好城市。	[771, 1031, 948, 1056]
bullet-icon: ◇	[69, 1547, 79, 1560]
row-items: ›出台空气质量持续改善行动计划。全年完成2.2亿吨粗钢产能超低排放改造，北方地区…	[65, 168, 270, 320]
list-item: ◇社会保障卡持卡人数13.79亿人，为8577万困难群体代缴城乡居民基本养老保险…	[755, 1081, 948, 1119]
bullet-icon: ◇	[755, 565, 765, 590]
item-text: 推动城乡污水处理和环境基础设施建设，新增污水处理能力283万吨/日，医疗废物集中…	[85, 539, 263, 577]
list-item: ◇加强就业援助，帮扶失业人员再就业514万人，帮扶就业困难人员就业172万人。	[755, 477, 948, 502]
item-text: 实施“绿盾2022”自然保护地强化监督，完成对600余个保护地扩展排查整改，推动…	[85, 428, 263, 466]
